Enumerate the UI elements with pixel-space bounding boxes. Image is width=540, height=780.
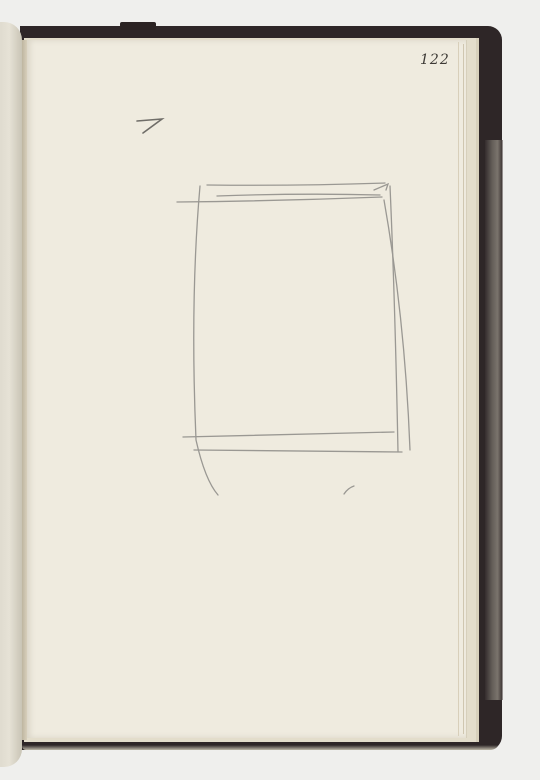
cover-wear: [120, 22, 156, 30]
cover-worn-edge: [485, 140, 503, 700]
page-edge-line: [463, 44, 464, 734]
page-number: 122: [420, 52, 450, 68]
left-page-edge: [0, 22, 22, 767]
page-edge-line: [458, 42, 459, 736]
sketchbook-page: [26, 40, 467, 738]
